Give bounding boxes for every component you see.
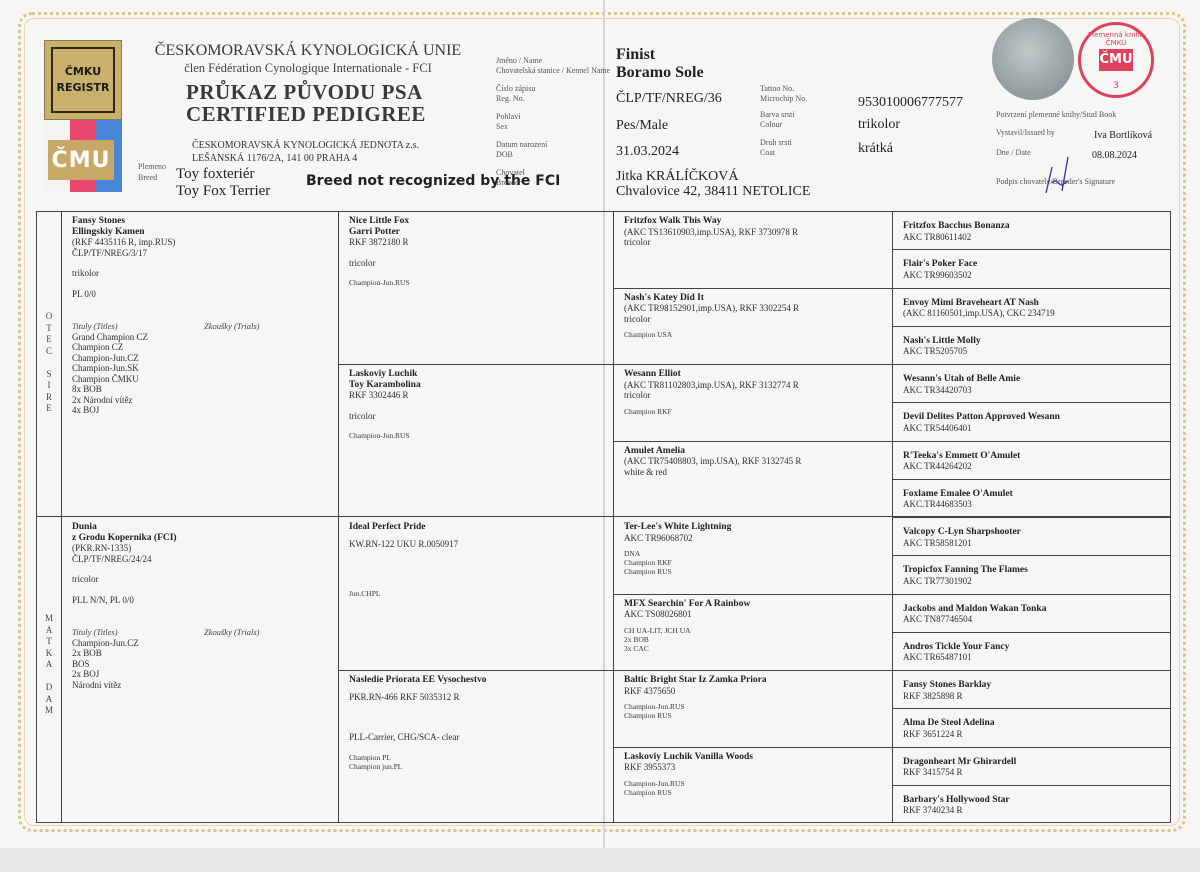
ancestor-name: Devil Delites Patton Approved Wesann: [903, 412, 1161, 423]
ancestor-name: Fritzfox Walk This Way: [624, 216, 882, 227]
sire-cell: Fansy Stones Ellingskiy Kamen (RKF 44351…: [62, 211, 338, 516]
spacer: [349, 722, 603, 732]
ancestor-name: Andros Tickle Your Fancy: [903, 642, 1161, 653]
ancestor-reg: (AKC TS13610903,imp.USA), RKF 3730978 R: [624, 227, 882, 238]
label-name-en: Chovatelská stanice / Kennel Name: [496, 66, 610, 76]
great-great-grandparent-cell: R'Teeka's Emmett O'AmuletAKC TR44264202: [893, 441, 1171, 479]
ancestor-reg: RKF 3872180 R: [349, 237, 603, 248]
dam-cell: Dunia z Grodu Kopernika (FCI) (PKR.RN-13…: [62, 517, 338, 823]
ancestor-name: Alma De Steol Adelina: [903, 718, 1161, 729]
side-letter: R: [37, 392, 61, 404]
dog-sex: Pes/Male: [616, 118, 668, 134]
pedigree-table: OTEC SIRE MATKA DAM Fansy Stones Ellings…: [36, 211, 1171, 823]
dog-colour: trikolor: [858, 117, 900, 133]
great-great-grandparent-cell: Foxlame Emalee O'AmuletAKC.TR44683503: [893, 479, 1171, 517]
dog-name: Finist: [616, 46, 655, 64]
great-grandparent-cell: Laskoviy Luchik Vanilla WoodsRKF 3955373…: [614, 747, 892, 824]
badge-line-1: ČMKU: [65, 64, 101, 81]
ancestor-title: Champion PL: [349, 753, 603, 762]
label-coat-en: Coat: [760, 148, 792, 158]
dog-dob: 31.03.2024: [616, 144, 679, 160]
dam-reg-2: ČLP/TF/NREG/24/24: [72, 554, 328, 565]
assoc-address: LEŠANSKÁ 1176/2A, 141 00 PRAHA 4: [192, 152, 419, 165]
ancestor-name: Wesann's Utah of Belle Amie: [903, 374, 1161, 385]
ancestor-reg: (AKC TR81102803,imp.USA), RKF 3132774 R: [624, 380, 882, 391]
title-entry: 2x Národní vítěz: [72, 395, 328, 406]
ancestor-title: Champion-Jun.RUS: [624, 702, 882, 711]
ancestor-name: Wesann Elliot: [624, 369, 882, 380]
side-letter: E: [37, 334, 61, 346]
side-letter: A: [37, 625, 61, 637]
ancestor-name: Amulet Amelia: [624, 446, 882, 457]
ancestor-reg: (AKC TR98152901,imp.USA), RKF 3302254 R: [624, 303, 882, 314]
ancestor-reg: AKC TS08026801: [624, 609, 882, 620]
label-tattoo-2: Microchip No.: [760, 94, 807, 104]
grandparent-cell: Nice Little FoxGarri PotterRKF 3872180 R…: [339, 211, 613, 364]
assoc-name: ČESKOMORAVSKÁ KYNOLOGICKÁ JEDNOTA z.s.: [192, 139, 419, 152]
ancestor-reg: RKF 3651224 R: [903, 729, 1161, 740]
spacer: [349, 569, 603, 579]
badge-line-2: REGISTR: [56, 80, 109, 97]
dog-kennel: Boramo Sole: [616, 64, 704, 82]
sire-titles-label: Tituly (Titles): [72, 321, 118, 331]
grandparent-cell: Nasledie Priorata EE VysochestvoPKR.RN-4…: [339, 670, 613, 823]
registr-badge: ČMKU REGISTR: [44, 40, 122, 120]
ancestor-name: Fansy Stones Barklay: [903, 680, 1161, 691]
ancestor-reg: RKF 3825898 R: [903, 691, 1161, 702]
ancestor-colour: tricolor: [624, 314, 882, 325]
ancestor-reg: (AKC TR75408803, imp.USA), RKF 3132745 R: [624, 456, 882, 467]
org-member: člen Fédération Cynologique Internationa…: [148, 61, 468, 76]
title-entry: Champion-Jun.CZ: [72, 353, 328, 364]
ancestor-name: Baltic Bright Star Iz Zamka Priora: [624, 675, 882, 686]
label-reg: Číslo zápisu Reg. No.: [496, 84, 535, 104]
ancestor-title: Champion RUS: [624, 788, 882, 797]
side-letter: A: [37, 659, 61, 671]
label-reg-cz: Číslo zápisu: [496, 84, 535, 94]
ancestor-name: Laskoviy Luchik: [349, 369, 603, 380]
spacer: [349, 702, 603, 712]
great-great-grandparent-cell: Nash's Little MollyAKC TR5205705: [893, 326, 1171, 364]
great-great-grandparent-cell: Dragonheart Mr GhirardellRKF 3415754 R: [893, 747, 1171, 785]
side-letter: M: [37, 613, 61, 625]
side-letter: S: [37, 369, 61, 381]
ancestor-reg: KW.RN-122 UKU R.0050917: [349, 539, 603, 550]
ancestor-reg: (AKC 81160501,imp.USA), CKC 234719: [903, 308, 1161, 319]
ancestor-reg: AKC TN87746504: [903, 614, 1161, 625]
ancestor-title: Champion RUS: [624, 567, 882, 576]
grandparent-cell: Laskoviy LuchikToy KarambolinaRKF 330244…: [339, 364, 613, 517]
ancestor-title: 2x BOB: [624, 635, 882, 644]
breed-label-cz: Plemeno: [138, 161, 166, 172]
sire-name-1: Fansy Stones: [72, 216, 328, 227]
ancestor-reg: AKC TR99603502: [903, 270, 1161, 281]
label-dob-en: DOB: [496, 150, 547, 160]
stamp-logo: ČMU: [1099, 49, 1133, 71]
issued-by-label: Vystavil/Issued by: [996, 128, 1055, 138]
dam-name-1: Dunia: [72, 522, 328, 533]
spacer: [349, 549, 603, 559]
ancestor-reg: PKR.RN-466 RKF 5035312 R: [349, 692, 603, 703]
side-letter: C: [37, 346, 61, 358]
dam-health: PLL N/N, PL 0/0: [72, 595, 328, 606]
sire-colour: trikolor: [72, 268, 328, 279]
dam-trials-label: Zkoušky (Trials): [204, 627, 260, 637]
label-sex-cz: Pohlaví: [496, 112, 520, 122]
side-letter: M: [37, 705, 61, 717]
ancestor-name: Jackobs and Maldon Wakan Tonka: [903, 604, 1161, 615]
dam-name-2: z Grodu Kopernika (FCI): [72, 533, 328, 544]
studbook-stamp: Plemenná kniha ČMKU ČMU 3: [1078, 22, 1154, 98]
ancestor-name: Flair's Poker Face: [903, 259, 1161, 270]
spacer: [349, 579, 603, 589]
microchip-number: 953010006777577: [858, 95, 963, 111]
ancestor-name: R'Teeka's Emmett O'Amulet: [903, 451, 1161, 462]
ancestor-name: Foxlame Emalee O'Amulet: [903, 489, 1161, 500]
great-grandparent-cell: Baltic Bright Star Iz Zamka PrioraRKF 43…: [614, 670, 892, 747]
ancestor-reg: AKC TR58581201: [903, 538, 1161, 549]
side-letter: T: [37, 323, 61, 335]
issued-by: Iva Bortlíková: [1094, 130, 1152, 141]
ancestor-title: DNA: [624, 549, 882, 558]
ancestor-title: Champion RKF: [624, 407, 882, 416]
label-tattoo: Tattoo No. Microchip No.: [760, 84, 807, 104]
side-letter: A: [37, 694, 61, 706]
great-great-grandparent-cell: Jackobs and Maldon Wakan TonkaAKC TN8774…: [893, 594, 1171, 632]
sire-reg-2: ČLP/TF/NREG/3/17: [72, 248, 328, 259]
dam-side-label: MATKA DAM: [37, 613, 61, 717]
great-great-grandparent-cell: Envoy Mimi Braveheart AT Nash(AKC 811605…: [893, 288, 1171, 326]
ancestor-colour: white & red: [624, 467, 882, 478]
ancestor-reg: AKC TR65487101: [903, 652, 1161, 663]
cmku-logo: ČMKU REGISTR ČMU: [44, 40, 122, 192]
studbook-confirm-label: Potvrzení plemenné knihy/Stud Book: [996, 110, 1116, 120]
breed-cz: Toy foxteriér: [176, 166, 255, 183]
label-colour-cz: Barva srsti: [760, 110, 794, 120]
ancestor-name: Envoy Mimi Braveheart AT Nash: [903, 298, 1161, 309]
side-letter: [37, 357, 61, 369]
ancestor-reg: AKC TR96068702: [624, 533, 882, 544]
label-tattoo-1: Tattoo No.: [760, 84, 807, 94]
breed-label: Plemeno Breed: [138, 161, 166, 183]
ancestor-reg: RKF 3740234 R: [903, 805, 1161, 816]
spacer: [349, 559, 603, 569]
spacer: [349, 401, 603, 411]
label-colour-en: Colour: [760, 120, 794, 130]
spacer: [349, 421, 603, 431]
ancestor-name: Tropicfox Fanning The Flames: [903, 565, 1161, 576]
ancestor-title: Champion USA: [624, 330, 882, 339]
sire-side-label: OTEC SIRE: [37, 311, 61, 415]
side-letter: O: [37, 311, 61, 323]
label-dob-cz: Datum narození: [496, 140, 547, 150]
great-great-grandparent-cell: Andros Tickle Your FancyAKC TR65487101: [893, 632, 1171, 670]
great-great-grandparent-cell: Tropicfox Fanning The FlamesAKC TR773019…: [893, 555, 1171, 593]
label-breeder-cz: Chovatel: [496, 168, 525, 178]
ancestor-reg: AKC TR5205705: [903, 346, 1161, 357]
ancestor-reg: AKC.TR44683503: [903, 499, 1161, 510]
label-colour: Barva srsti Colour: [760, 110, 794, 130]
sire-health: PL 0/0: [72, 289, 328, 300]
great-great-grandparent-cell: Valcopy C-Lyn SharpshooterAKC TR58581201: [893, 517, 1171, 555]
breeder-address: Chvalovice 42, 38411 NETOLICE: [616, 184, 810, 200]
ancestor-reg: RKF 3302446 R: [349, 390, 603, 401]
title-entry: 8x BOB: [72, 384, 328, 395]
ancestor-name: MFX Searchin' For A Rainbow: [624, 599, 882, 610]
ancestor-title: Champion-Jun.RUS: [624, 779, 882, 788]
spacer: [349, 248, 603, 258]
spacer: [349, 743, 603, 753]
title-entry: 2x BOJ: [72, 669, 328, 680]
ancestor-name: Dragonheart Mr Ghirardell: [903, 757, 1161, 768]
association: ČESKOMORAVSKÁ KYNOLOGICKÁ JEDNOTA z.s. L…: [192, 139, 419, 165]
ancestor-title: Champion RUS: [624, 711, 882, 720]
title-entry: Champion-Jun.CZ: [72, 638, 328, 649]
ancestor-reg: RKF 3955373: [624, 762, 882, 773]
great-great-grandparent-cell: Alma De Steol AdelinaRKF 3651224 R: [893, 708, 1171, 746]
label-name: Jméno / Name Chovatelská stanice / Kenne…: [496, 56, 610, 76]
ancestor-reg: AKC TR54406401: [903, 423, 1161, 434]
ancestor-kennel: Garri Potter: [349, 227, 603, 238]
ancestor-name: Fritzfox Bacchus Bonanza: [903, 221, 1161, 232]
ancestor-name: Ideal Perfect Pride: [349, 522, 603, 533]
dam-reg-1: (PKR.RN-1335): [72, 543, 328, 554]
ancestor-colour: PLL-Carrier, CHG/SCA- clear: [349, 732, 603, 743]
ancestor-title: CH UA-LIT, JCH UA: [624, 626, 882, 635]
great-grandparent-cell: MFX Searchin' For A RainbowAKC TS0802680…: [614, 594, 892, 671]
ancestor-name: Barbary's Hollywood Star: [903, 795, 1161, 806]
great-great-grandparent-cell: Fansy Stones BarklayRKF 3825898 R: [893, 670, 1171, 708]
title-entry: Champion CZ: [72, 342, 328, 353]
breed-en: Toy Fox Terrier: [176, 183, 270, 200]
great-grandparent-cell: Fritzfox Walk This Way(AKC TS13610903,im…: [614, 211, 892, 288]
great-grandparent-cell: Wesann Elliot(AKC TR81102803,imp.USA), R…: [614, 364, 892, 441]
sire-trials-label: Zkoušky (Trials): [204, 321, 260, 331]
ancestor-name: Laskoviy Luchik Vanilla Woods: [624, 752, 882, 763]
title-entry: 4x BOJ: [72, 405, 328, 416]
label-sex-en: Sex: [496, 122, 520, 132]
ancestor-title: Champion-Jun.RUS: [349, 278, 603, 287]
label-breeder: Chovatel Breeder: [496, 168, 525, 188]
great-great-grandparent-cell: Fritzfox Bacchus BonanzaAKC TR80611402: [893, 211, 1171, 249]
label-name-cz: Jméno / Name: [496, 56, 610, 66]
label-sex: Pohlaví Sex: [496, 112, 520, 132]
ancestor-name: Ter-Lee's White Lightning: [624, 522, 882, 533]
ancestor-title: Champion RKF: [624, 558, 882, 567]
dog-reg-no: ČLP/TF/NREG/36: [616, 91, 722, 107]
ancestor-colour: tricolor: [349, 258, 603, 269]
ancestor-colour: tricolor: [624, 237, 882, 248]
ancestor-title: Champion jun.PL: [349, 762, 603, 771]
sire-titles: Grand Champion CZChampion CZChampion-Jun…: [72, 332, 328, 416]
signature-icon: [1038, 155, 1078, 195]
dam-titles-label: Tituly (Titles): [72, 627, 118, 637]
sire-reg-1: (RKF 4435116 R, imp.RUS): [72, 237, 328, 248]
ancestor-name: Nice Little Fox: [349, 216, 603, 227]
ancestor-title: 3x CAC: [624, 644, 882, 653]
title-entry: Champion-Jun.SK: [72, 363, 328, 374]
ancestor-title: Champion-Jun.RUS: [349, 431, 603, 440]
ancestor-reg: AKC TR34420703: [903, 385, 1161, 396]
great-great-grandparent-cell: Barbary's Hollywood StarRKF 3740234 R: [893, 785, 1171, 823]
grandparent-cell: Ideal Perfect PrideKW.RN-122 UKU R.00509…: [339, 517, 613, 670]
title-en: CERTIFIED PEDIGREE: [186, 102, 426, 127]
hologram-seal: [992, 18, 1074, 100]
ancestor-kennel: Toy Karambolina: [349, 380, 603, 391]
great-grandparent-cell: Ter-Lee's White LightningAKC TR96068702D…: [614, 517, 892, 594]
ancestor-name: Nash's Katey Did It: [624, 293, 882, 304]
side-letter: K: [37, 648, 61, 660]
dog-coat: krátká: [858, 141, 893, 157]
great-great-grandparent-cell: Flair's Poker FaceAKC TR99603502: [893, 249, 1171, 287]
ancestor-name: Nash's Little Molly: [903, 336, 1161, 347]
ancestor-colour: tricolor: [624, 390, 882, 401]
ancestor-reg: AKC TR80611402: [903, 232, 1161, 243]
dam-colour: tricolor: [72, 574, 328, 585]
ancestor-reg: AKC TR77301902: [903, 576, 1161, 587]
side-letter: I: [37, 380, 61, 392]
title-entry: 2x BOB: [72, 648, 328, 659]
ancestor-name: Valcopy C-Lyn Sharpshooter: [903, 527, 1161, 538]
ancestor-name: Nasledie Priorata EE Vysochestvo: [349, 675, 603, 686]
title-entry: Champion ČMKU: [72, 374, 328, 385]
issue-date: 08.08.2024: [1092, 150, 1137, 161]
great-grandparent-cell: Nash's Katey Did It(AKC TR98152901,imp.U…: [614, 288, 892, 365]
sire-name-2: Ellingskiy Kamen: [72, 227, 328, 238]
date-label: Dne / Date: [996, 148, 1031, 158]
title-entry: Grand Champion CZ: [72, 332, 328, 343]
label-breeder-en: Breeder: [496, 178, 525, 188]
label-coat-cz: Druh srsti: [760, 138, 792, 148]
side-letter: [37, 671, 61, 683]
great-great-grandparent-cell: Wesann's Utah of Belle AmieAKC TR3442070…: [893, 364, 1171, 402]
stamp-number: 3: [1081, 81, 1151, 91]
ancestor-reg: RKF 3415754 R: [903, 767, 1161, 778]
cmu-mark: ČMU: [48, 140, 114, 180]
label-coat: Druh srsti Coat: [760, 138, 792, 158]
ancestor-reg: RKF 4375650: [624, 686, 882, 697]
label-dob: Datum narození DOB: [496, 140, 547, 160]
spacer: [349, 712, 603, 722]
great-great-grandparent-cell: Devil Delites Patton Approved WesannAKC …: [893, 402, 1171, 440]
stamp-text: Plemenná kniha ČMKU: [1081, 31, 1151, 47]
ancestor-title: Jun.CHPL: [349, 589, 603, 598]
ancestor-colour: tricolor: [349, 411, 603, 422]
org-name: ČESKOMORAVSKÁ KYNOLOGICKÁ UNIE: [148, 42, 468, 60]
title-entry: BOS: [72, 659, 328, 670]
organization: ČESKOMORAVSKÁ KYNOLOGICKÁ UNIE člen Fédé…: [148, 42, 468, 76]
side-letter: D: [37, 682, 61, 694]
side-letter: T: [37, 636, 61, 648]
label-reg-en: Reg. No.: [496, 94, 535, 104]
ancestor-reg: AKC TR44264202: [903, 461, 1161, 472]
title-entry: Národní vítěz: [72, 680, 328, 691]
breeder-name: Jitka KRÁLÍČKOVÁ: [616, 169, 739, 185]
breed-label-en: Breed: [138, 172, 166, 183]
spacer: [349, 268, 603, 278]
dam-titles: Champion-Jun.CZ2x BOBBOS2x BOJNárodní ví…: [72, 638, 328, 691]
pedigree-certificate: ČMKU REGISTR ČMU ČESKOMORAVSKÁ KYNOLOGIC…: [0, 0, 1200, 848]
great-grandparent-cell: Amulet Amelia(AKC TR75408803, imp.USA), …: [614, 441, 892, 518]
side-letter: E: [37, 403, 61, 415]
